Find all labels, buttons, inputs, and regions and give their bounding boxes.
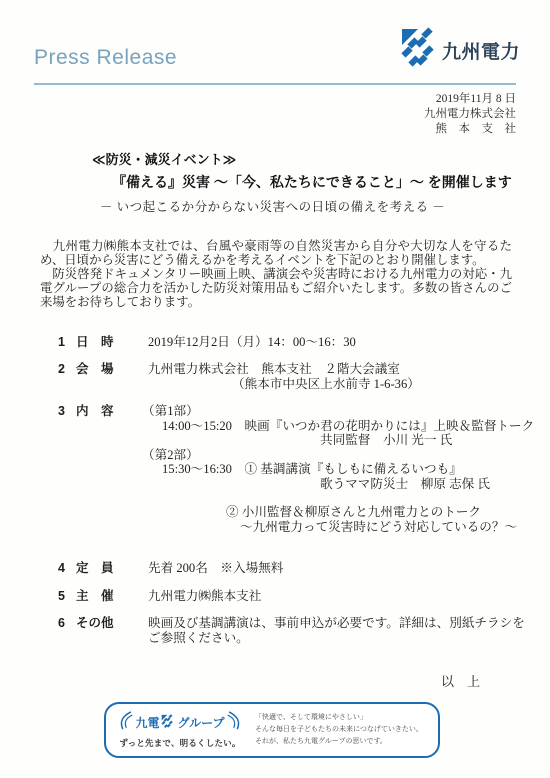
talk-item: ② 小川監督＆柳原さんと九州電力とのトーク xyxy=(226,505,534,520)
item-venue: 2 会 場 九州電力株式会社 熊本支社 ２階大会議室 （熊本市中央区上水前寺 1… xyxy=(58,362,550,391)
item-number: 1 xyxy=(58,335,76,350)
item-label: 内 容 xyxy=(76,404,120,419)
body-paragraph-2: 防災啓発ドキュメンタリー映画上映、講演会や災害時における九州電力の対応・九電グル… xyxy=(40,268,512,310)
item-label: 主 催 xyxy=(76,589,120,604)
body-paragraph-1: 九州電力㈱熊本支社では、台風や豪雨等の自然災害から自分や大切な人を守るため、日頃… xyxy=(40,240,512,268)
body-text: 九州電力㈱熊本支社では、台風や豪雨等の自然災害から自分や大切な人を守るため、日頃… xyxy=(40,240,512,310)
item-value: 九州電力株式会社 熊本支社 ２階大会議室 xyxy=(148,362,420,377)
part1-presenter: 共同監督 小川 光一 氏 xyxy=(320,433,534,448)
part1-schedule: 14:00～15:20 映画『いつか君の花明かりには』上映＆監督トーク xyxy=(162,419,534,434)
item-number: 2 xyxy=(58,362,76,377)
swoosh-left-icon xyxy=(118,711,133,734)
date-block: 2019年11月 8 日 九州電力株式会社 熊 本 支 社 xyxy=(0,92,516,137)
group-message: 「快適で、そして環境にやさしい」 そんな毎日を子どもたちの未来につなげていきたい… xyxy=(255,712,423,748)
item-datetime: 1 日 時 2019年12月2日（月）14：00～16：30 xyxy=(58,335,550,350)
group-logo-block: 九電 グルー xyxy=(114,711,246,749)
release-date: 2019年11月 8 日 xyxy=(0,92,516,107)
company-name: 九州電力株式会社 xyxy=(0,107,516,122)
page-subtitle: － いつ起こるか分からない災害への日頃の備えを考える － xyxy=(100,197,550,215)
item-value: 九州電力㈱熊本支社 xyxy=(148,589,261,604)
page-title: 『備える』災害 ～「今、私たちにできること」～ を開催します xyxy=(112,172,550,192)
company-logo-text: 九州電力 xyxy=(442,37,520,64)
swoosh-right-icon xyxy=(227,711,242,734)
group-logo-kyuden-text: 九電 xyxy=(135,714,159,731)
venue-address: （熊本市中央区上水前寺 1-6-36） xyxy=(232,377,420,392)
part1-header: （第1部） xyxy=(142,404,534,419)
item-organizer: 5 主 催 九州電力㈱熊本支社 xyxy=(58,589,550,604)
item-number: 4 xyxy=(58,561,76,576)
group-logo-group-text: グループ xyxy=(177,714,224,731)
group-message-line1: 「快適で、そして環境にやさしい」 xyxy=(255,712,423,724)
part2-presenter: 歌うママ防災士 柳原 志保 氏 xyxy=(320,477,534,492)
event-category: ≪防災・減災イベント≫ xyxy=(92,149,550,168)
item-value: 映画及び基調講演は、事前申込が必要です。詳細は、別紙チラシを xyxy=(148,616,525,631)
kyuden-group-footer: 九電 グルー xyxy=(104,702,440,758)
item-number: 3 xyxy=(58,404,76,419)
item-label: 会 場 xyxy=(76,362,120,377)
item-other: 6 その他 映画及び基調講演は、事前申込が必要です。詳細は、別紙チラシを ご参照… xyxy=(58,616,550,645)
item-value-line2: ご参照ください。 xyxy=(148,631,525,646)
branch-name: 熊 本 支 社 xyxy=(0,122,516,137)
item-capacity: 4 定 員 先着 200名 ※入場無料 xyxy=(58,561,550,576)
part2-schedule: 15:30～16:30 ① 基調講演『もしもに備えるいつも』 xyxy=(162,462,534,477)
talk-subtitle: ～九州電力って災害時にどう対応しているの？～ xyxy=(240,520,534,535)
company-logo: 九州電力 xyxy=(400,27,520,74)
item-number: 5 xyxy=(58,589,76,604)
item-contents: 3 内 容 （第1部） 14:00～15:20 映画『いつか君の花明かりには』上… xyxy=(58,404,550,534)
item-value: 先着 200名 ※入場無料 xyxy=(148,561,283,576)
group-message-line3: それが、私たち九電グループの思いです。 xyxy=(255,736,423,748)
press-release-title: Press Release xyxy=(34,46,177,69)
closing-ijou: 以 上 xyxy=(0,671,480,690)
kyuden-logo-icon-small xyxy=(161,714,175,732)
detail-items: 1 日 時 2019年12月2日（月）14：00～16：30 2 会 場 九州電… xyxy=(0,335,550,646)
item-number: 6 xyxy=(58,616,76,631)
title-block: ≪防災・減災イベント≫ 『備える』災害 ～「今、私たちにできること」～ を開催し… xyxy=(0,149,550,215)
kyuden-logo-icon xyxy=(400,27,440,74)
group-tagline: ずっと先まで、明るくしたい。 xyxy=(114,737,246,749)
header-divider xyxy=(34,83,516,85)
part2-header: （第2部） xyxy=(142,448,534,463)
press-release-page: Press Release 九州電力 2019年11月 8 日 九州電力株 xyxy=(0,0,550,778)
item-label: その他 xyxy=(76,616,120,631)
item-label: 日 時 xyxy=(76,335,120,350)
item-value: 2019年12月2日（月）14：00～16：30 xyxy=(148,335,356,350)
item-label: 定 員 xyxy=(76,561,120,576)
group-message-line2: そんな毎日を子どもたちの未来につなげていきたい。 xyxy=(255,724,423,736)
